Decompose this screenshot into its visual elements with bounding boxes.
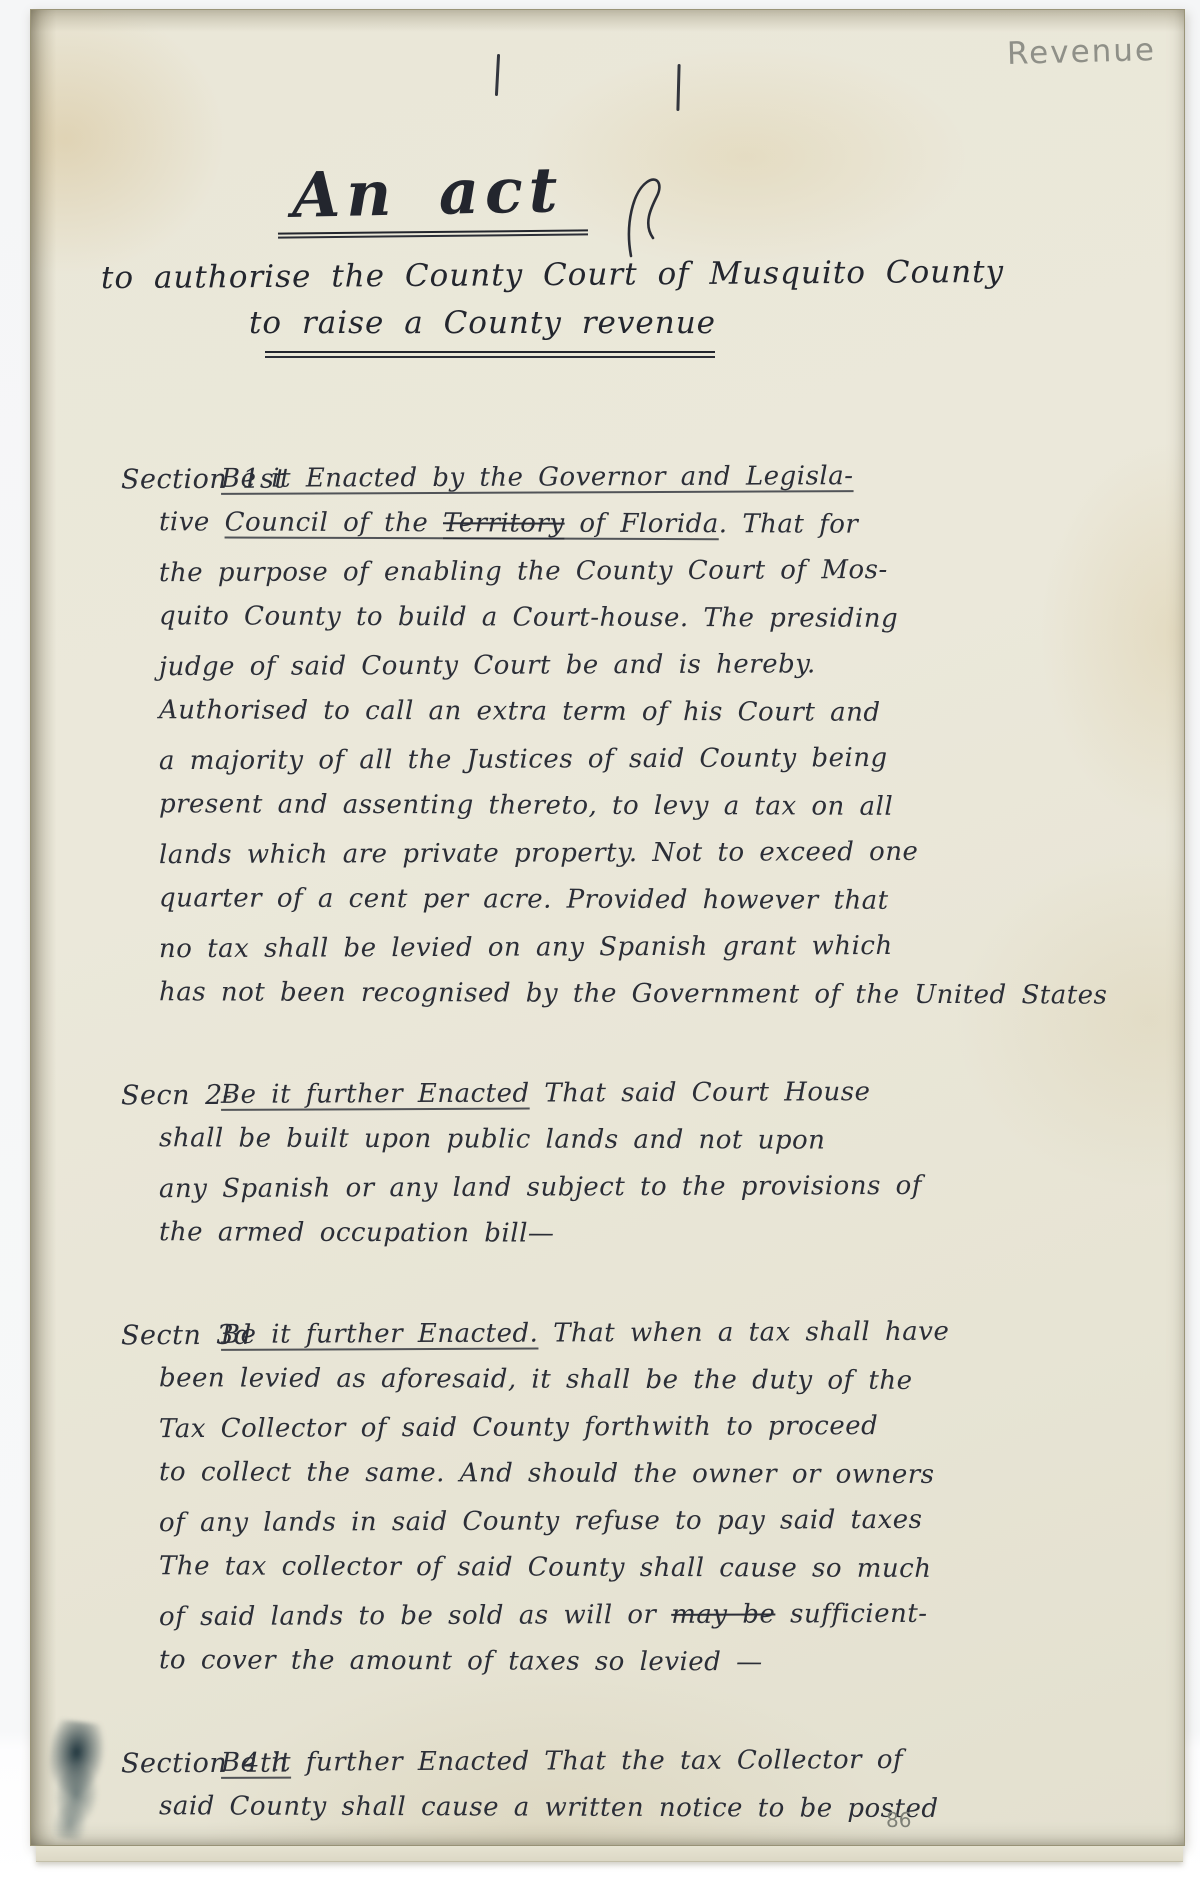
manuscript-line: Authorised to call an extra term of his …: [159, 687, 1154, 737]
text-segment: tive: [159, 507, 225, 537]
manuscript-line: The tax collector of said County shall c…: [159, 1543, 1154, 1593]
text-segment: a majority of all the Justices of said C…: [159, 743, 888, 776]
pencil-annotation-revenue: Revenue: [1007, 32, 1157, 72]
title-block: An act to authorise the County Court of …: [31, 156, 1184, 358]
text-segment: of said lands to be sold as will or: [159, 1600, 671, 1632]
manuscript-line: any Spanish or any land subject to the p…: [159, 1162, 1154, 1213]
manuscript-line: present and assenting thereto, to levy a…: [159, 781, 1154, 831]
pencil-page-number: 86: [886, 1808, 911, 1832]
text-segment: to collect the same. And should the owne…: [159, 1457, 935, 1490]
act-section: Section 4thBe it further Enacted That th…: [159, 1738, 1154, 1832]
act-title: An act: [291, 153, 564, 232]
text-segment: Authorised to call an extra term of his …: [159, 695, 881, 728]
text-segment: The tax collector of said County shall c…: [159, 1551, 932, 1584]
subtitle-underline: [265, 351, 715, 358]
manuscript-line: Section 4thBe it further Enacted That th…: [159, 1736, 1154, 1787]
manuscript-line: Section 1stBe it Enacted by the Governor…: [159, 452, 1154, 503]
scanned-document-background: { "ink_color": "#2b2e37", "paper_color":…: [0, 0, 1200, 1882]
text-segment: has not been recognised by the Governmen…: [159, 977, 1108, 1010]
manuscript-line: a majority of all the Justices of said C…: [159, 734, 1154, 785]
manuscript-line: the armed occupation bill—: [159, 1209, 1154, 1259]
manuscript-line: Tax Collector of said County forthwith t…: [159, 1402, 1154, 1453]
ink-mark: [495, 54, 500, 96]
manuscript-line: lands which are private property. Not to…: [159, 828, 1154, 879]
text-segment: of Florida: [565, 509, 719, 540]
text-segment: further Enacted That the tax Collector o…: [291, 1745, 903, 1778]
text-segment: Tax Collector of said County forthwith t…: [159, 1411, 878, 1444]
manuscript-line: Sectn 3dBe it further Enacted. That when…: [159, 1308, 1154, 1359]
manuscript-line: quarter of a cent per acre. Provided how…: [159, 875, 1154, 925]
manuscript-line: been levied as aforesaid, it shall be th…: [159, 1355, 1154, 1405]
manuscript-line: judge of said County Court be and is her…: [159, 640, 1154, 691]
text-segment: may be: [671, 1599, 775, 1629]
sections: Section 1stBe it Enacted by the Governor…: [159, 454, 1154, 1832]
text-segment: lands which are private property. Not to…: [159, 837, 919, 870]
manuscript-line: to collect the same. And should the owne…: [159, 1449, 1154, 1499]
manuscript-line: tive Council of the Territory of Florida…: [159, 499, 1154, 549]
document-page: Revenue An act to authorise the County C…: [30, 9, 1185, 1846]
ink-mark: [676, 64, 680, 111]
underlying-sheet-edge: [36, 1846, 1183, 1862]
manuscript-line: to cover the amount of taxes so levied —: [159, 1637, 1154, 1687]
section-label: Secn 2-: [59, 1072, 233, 1120]
text-segment: the armed occupation bill—: [159, 1217, 555, 1248]
text-segment: of any lands in said County refuse to pa…: [159, 1505, 923, 1538]
manuscript-line: shall be built upon public lands and not…: [159, 1115, 1154, 1165]
text-segment: Council of the: [225, 507, 443, 538]
text-segment: . That for: [719, 509, 859, 539]
act-subtitle-line-2: to raise a County revenue: [0, 305, 1059, 341]
section-label: Sectn 3d: [59, 1312, 252, 1360]
manuscript-line: Secn 2-Be it further Enacted That said C…: [159, 1068, 1154, 1119]
text-segment: been levied as aforesaid, it shall be th…: [159, 1363, 913, 1396]
manuscript-line: no tax shall be levied on any Spanish gr…: [159, 922, 1154, 973]
text-segment: That said Court House: [530, 1077, 871, 1108]
text-segment: said County shall cause a written notice…: [159, 1791, 939, 1824]
manuscript-line: the purpose of enabling the County Court…: [159, 546, 1154, 597]
section-label: Section 1st: [59, 456, 286, 504]
pen-flourish-icon: [623, 174, 693, 264]
act-subtitle-line-1: to authorise the County Court of Musquit…: [0, 253, 1129, 297]
text-segment: judge of said County Court be and is her…: [159, 649, 816, 682]
text-segment: the purpose of enabling the County Court…: [159, 555, 888, 588]
text-segment: That when a tax shall have: [538, 1317, 949, 1349]
text-segment: to cover the amount of taxes so levied —: [159, 1645, 763, 1677]
text-segment: Territory: [443, 508, 565, 538]
text-segment: any Spanish or any land subject to the p…: [159, 1171, 922, 1204]
act-section: Section 1stBe it Enacted by the Governor…: [159, 454, 1154, 1018]
act-section: Secn 2-Be it further Enacted That said C…: [159, 1070, 1154, 1258]
text-segment: sufficient-: [775, 1599, 927, 1630]
text-segment: Be it further Enacted: [221, 1079, 530, 1110]
manuscript-line: said County shall cause a written notice…: [159, 1783, 1154, 1833]
text-segment: present and assenting thereto, to levy a…: [159, 789, 893, 822]
text-segment: shall be built upon public lands and not…: [159, 1123, 826, 1155]
manuscript-line: quito County to build a Court-house. The…: [159, 593, 1154, 643]
text-segment: Be it Enacted by the Governor and Legisl…: [221, 461, 854, 494]
manuscript-line: of said lands to be sold as will or may …: [159, 1590, 1154, 1641]
ink-blot: [40, 1719, 116, 1844]
text-segment: no tax shall be levied on any Spanish gr…: [159, 931, 893, 964]
text-segment: quarter of a cent per acre. Provided how…: [159, 883, 889, 916]
manuscript-line: has not been recognised by the Governmen…: [159, 969, 1154, 1019]
act-section: Sectn 3dBe it further Enacted. That when…: [159, 1310, 1154, 1686]
manuscript-line: of any lands in said County refuse to pa…: [159, 1496, 1154, 1547]
text-segment: Be it further Enacted.: [221, 1319, 539, 1350]
text-segment: quito County to build a Court-house. The…: [159, 601, 898, 634]
